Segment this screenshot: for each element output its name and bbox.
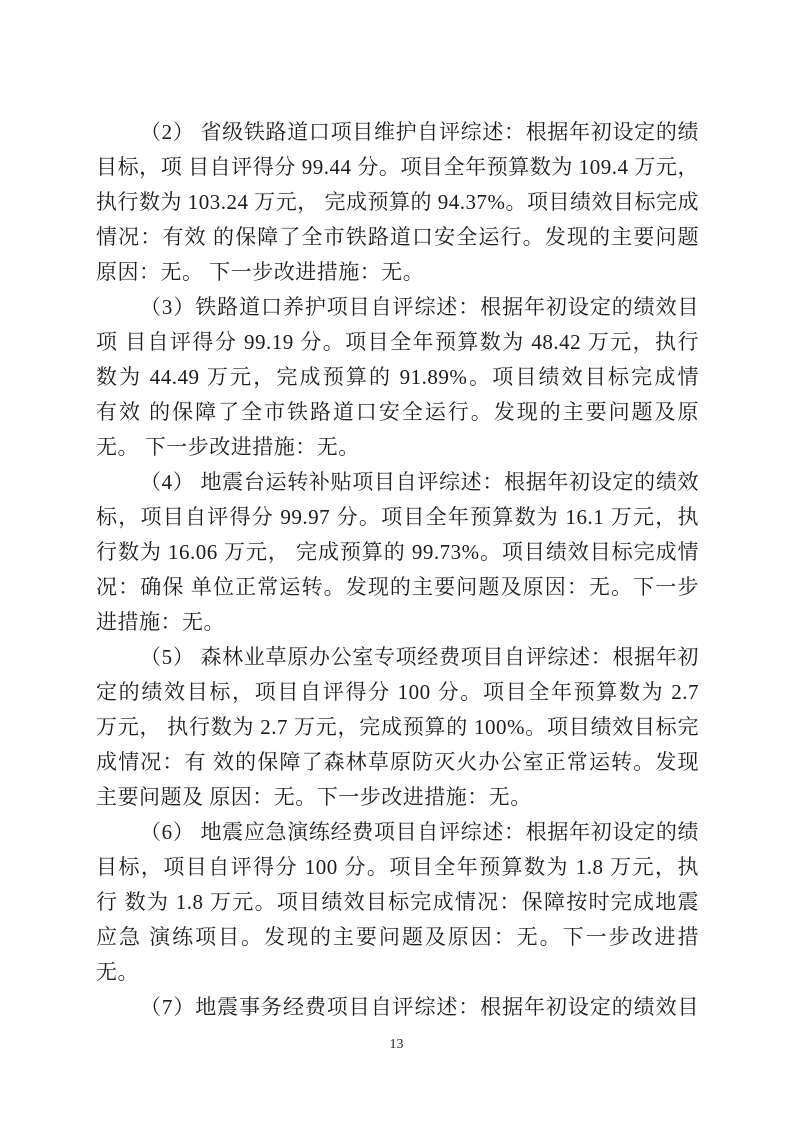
text-line: （2） 省级铁路道口项目维护自评综述：根据年初设定的绩效 [96,115,699,150]
paragraph-7-earthquake-affairs-funds: （7）地震事务经费项目自评综述：根据年初设定的绩效目标， [96,990,699,1025]
text-line: 情况：有效 的保障了全市铁路道口安全运行。发现的主要问题及 [96,220,699,255]
text-line: （5） 森林业草原办公室专项经费项目自评综述：根据年初设 [96,640,699,675]
text-line: 有效 的保障了全市铁路道口安全运行。发现的主要问题及原因： [96,395,699,430]
text-line: 主要问题及 原因：无。下一步改进措施：无。 [96,780,699,815]
text-line: 况：确保 单位正常运转。发现的主要问题及原因：无。下一步改 [96,570,699,605]
text-line: 进措施：无。 [96,605,699,640]
text-line: 标，项目自评得分 99.97 分。项目全年预算数为 16.1 万元，执 [96,500,699,535]
text-line: 数为 44.49 万元，完成预算的 91.89%。项目绩效目标完成情况： [96,360,699,395]
text-line: （6） 地震应急演练经费项目自评综述：根据年初设定的绩效 [96,815,699,850]
text-line: 目标，项目自评得分 100 分。项目全年预算数为 1.8 万元，执 [96,850,699,885]
document-page: （2） 省级铁路道口项目维护自评综述：根据年初设定的绩效 目标，项 目自评得分 … [0,0,793,1122]
text-line: （7）地震事务经费项目自评综述：根据年初设定的绩效目标， [96,990,699,1025]
text-line: 项 目自评得分 99.19 分。项目全年预算数为 48.42 万元，执行 [96,325,699,360]
text-line: 定的绩效目标，项目自评得分 100 分。项目全年预算数为 2.7 [96,675,699,710]
text-line: 成情况：有 效的保障了森林草原防灭火办公室正常运转。发现的 [96,745,699,780]
text-line: 万元， 执行数为 2.7 万元，完成预算的 100%。项目绩效目标完 [96,710,699,745]
text-line: （4） 地震台运转补贴项目自评综述：根据年初设定的绩效目 [96,465,699,500]
paragraph-5-forest-grassland-office-funds: （5） 森林业草原办公室专项经费项目自评综述：根据年初设 定的绩效目标，项目自评… [96,640,699,815]
text-line: 执行数为 103.24 万元， 完成预算的 94.37%。项目绩效目标完成 [96,185,699,220]
text-line: 无。 下一步改进措施：无。 [96,430,699,465]
paragraph-4-seismic-station-subsidy: （4） 地震台运转补贴项目自评综述：根据年初设定的绩效目 标，项目自评得分 99… [96,465,699,640]
text-line: 原因：无。 下一步改进措施：无。 [96,255,699,290]
text-line: 应急 演练项目。发现的主要问题及原因：无。下一步改进措施： [96,920,699,955]
text-line: 行数为 16.06 万元， 完成预算的 99.73%。项目绩效目标完成情 [96,535,699,570]
text-line: （3）铁路道口养护项目自评综述：根据年初设定的绩效目标， [96,290,699,325]
document-body: （2） 省级铁路道口项目维护自评综述：根据年初设定的绩效 目标，项 目自评得分 … [96,115,699,1025]
page-number: 13 [0,1036,793,1054]
paragraph-6-earthquake-drill-funds: （6） 地震应急演练经费项目自评综述：根据年初设定的绩效 目标，项目自评得分 1… [96,815,699,990]
paragraph-2-railway-crossing-maintenance: （2） 省级铁路道口项目维护自评综述：根据年初设定的绩效 目标，项 目自评得分 … [96,115,699,290]
paragraph-3-railway-crossing-upkeep: （3）铁路道口养护项目自评综述：根据年初设定的绩效目标， 项 目自评得分 99.… [96,290,699,465]
text-line: 目标，项 目自评得分 99.44 分。项目全年预算数为 109.4 万元， [96,150,699,185]
text-line: 无。 [96,955,699,990]
text-line: 行 数为 1.8 万元。项目绩效目标完成情况：保障按时完成地震 [96,885,699,920]
